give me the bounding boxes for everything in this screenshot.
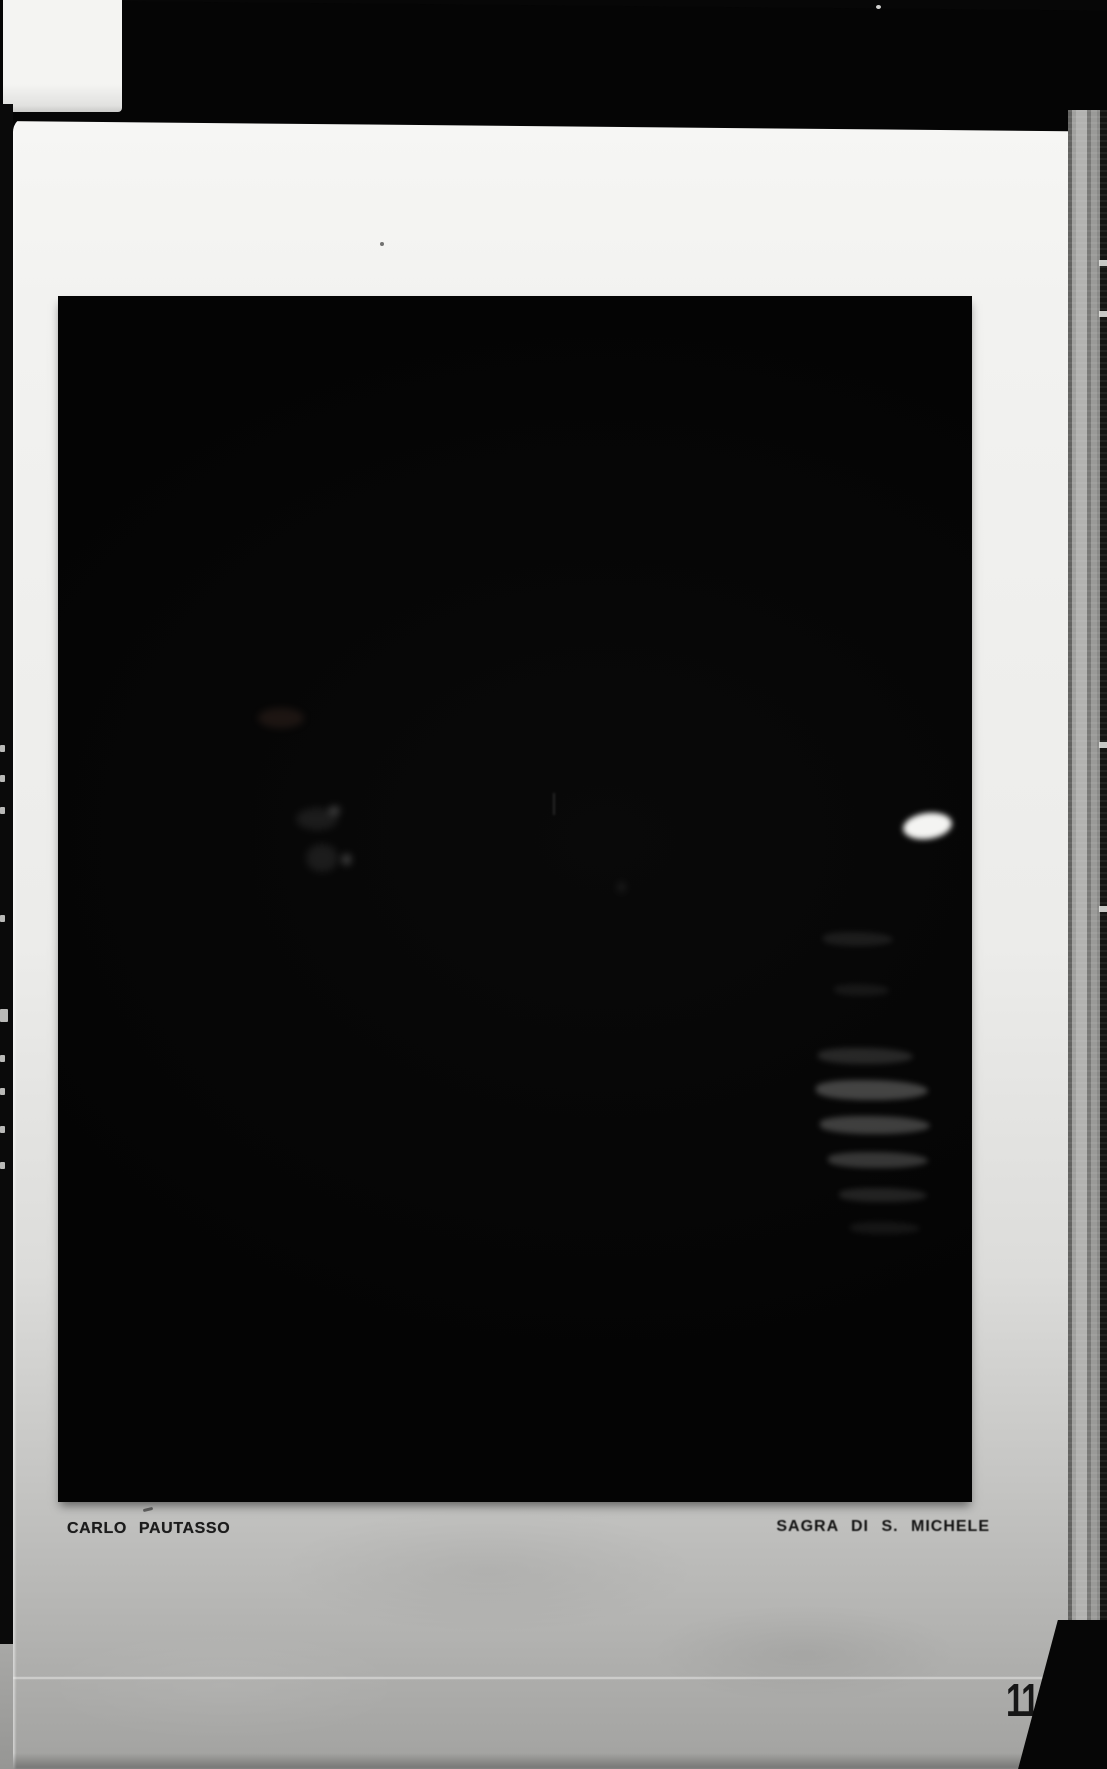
paper-speck: [380, 242, 384, 246]
photo-streak: [834, 984, 889, 996]
edge-tick: [0, 745, 5, 752]
edge-tick: [0, 1162, 5, 1169]
photo-streak: [816, 1080, 928, 1100]
edge-tick: [1099, 742, 1107, 748]
photo-artifact: [342, 854, 351, 865]
photo-caption-title: SAGRA DI S. MICHELE: [700, 1518, 990, 1536]
paper-bottom-shade: [13, 1753, 1060, 1769]
photo-artifact: [258, 708, 304, 728]
scanned-page: CARLO PAUTASSO SAGRA DI S. MICHELE 11: [0, 0, 1107, 1769]
photo-caption-author: CARLO PAUTASSO: [67, 1520, 230, 1538]
left-page-edge: [0, 1644, 13, 1769]
photo-streak: [823, 932, 893, 946]
edge-tick: [0, 1009, 8, 1022]
photo-streak: [828, 1152, 928, 1168]
paper-crease-line: [13, 1677, 1060, 1679]
edge-tick: [0, 775, 5, 782]
top-scan-band: [0, 0, 1107, 132]
photo-highlight-blob: [901, 810, 953, 843]
left-scan-edge: [0, 104, 13, 1644]
photo-streak: [839, 1188, 927, 1202]
edge-tick: [1099, 260, 1107, 266]
dust-speck: [876, 5, 881, 9]
photo-artifact: [306, 844, 338, 872]
edge-tick: [0, 807, 5, 814]
edge-tick: [0, 915, 5, 922]
corner-notch: [3, 0, 122, 112]
photo-artifact: [329, 806, 340, 815]
photo-streak: [818, 1048, 913, 1064]
book-edge-stripes: [1068, 110, 1107, 1769]
photo: [58, 296, 972, 1502]
edge-tick: [1099, 311, 1107, 317]
photo-streak: [850, 1222, 920, 1234]
photo-streak: [820, 1116, 930, 1134]
edge-tick: [0, 1126, 5, 1133]
edge-tick: [0, 1088, 5, 1095]
edge-tick: [0, 1055, 5, 1062]
photo-artifact: [618, 882, 625, 892]
photo-artifact: [553, 793, 555, 815]
edge-tick: [1099, 906, 1107, 912]
